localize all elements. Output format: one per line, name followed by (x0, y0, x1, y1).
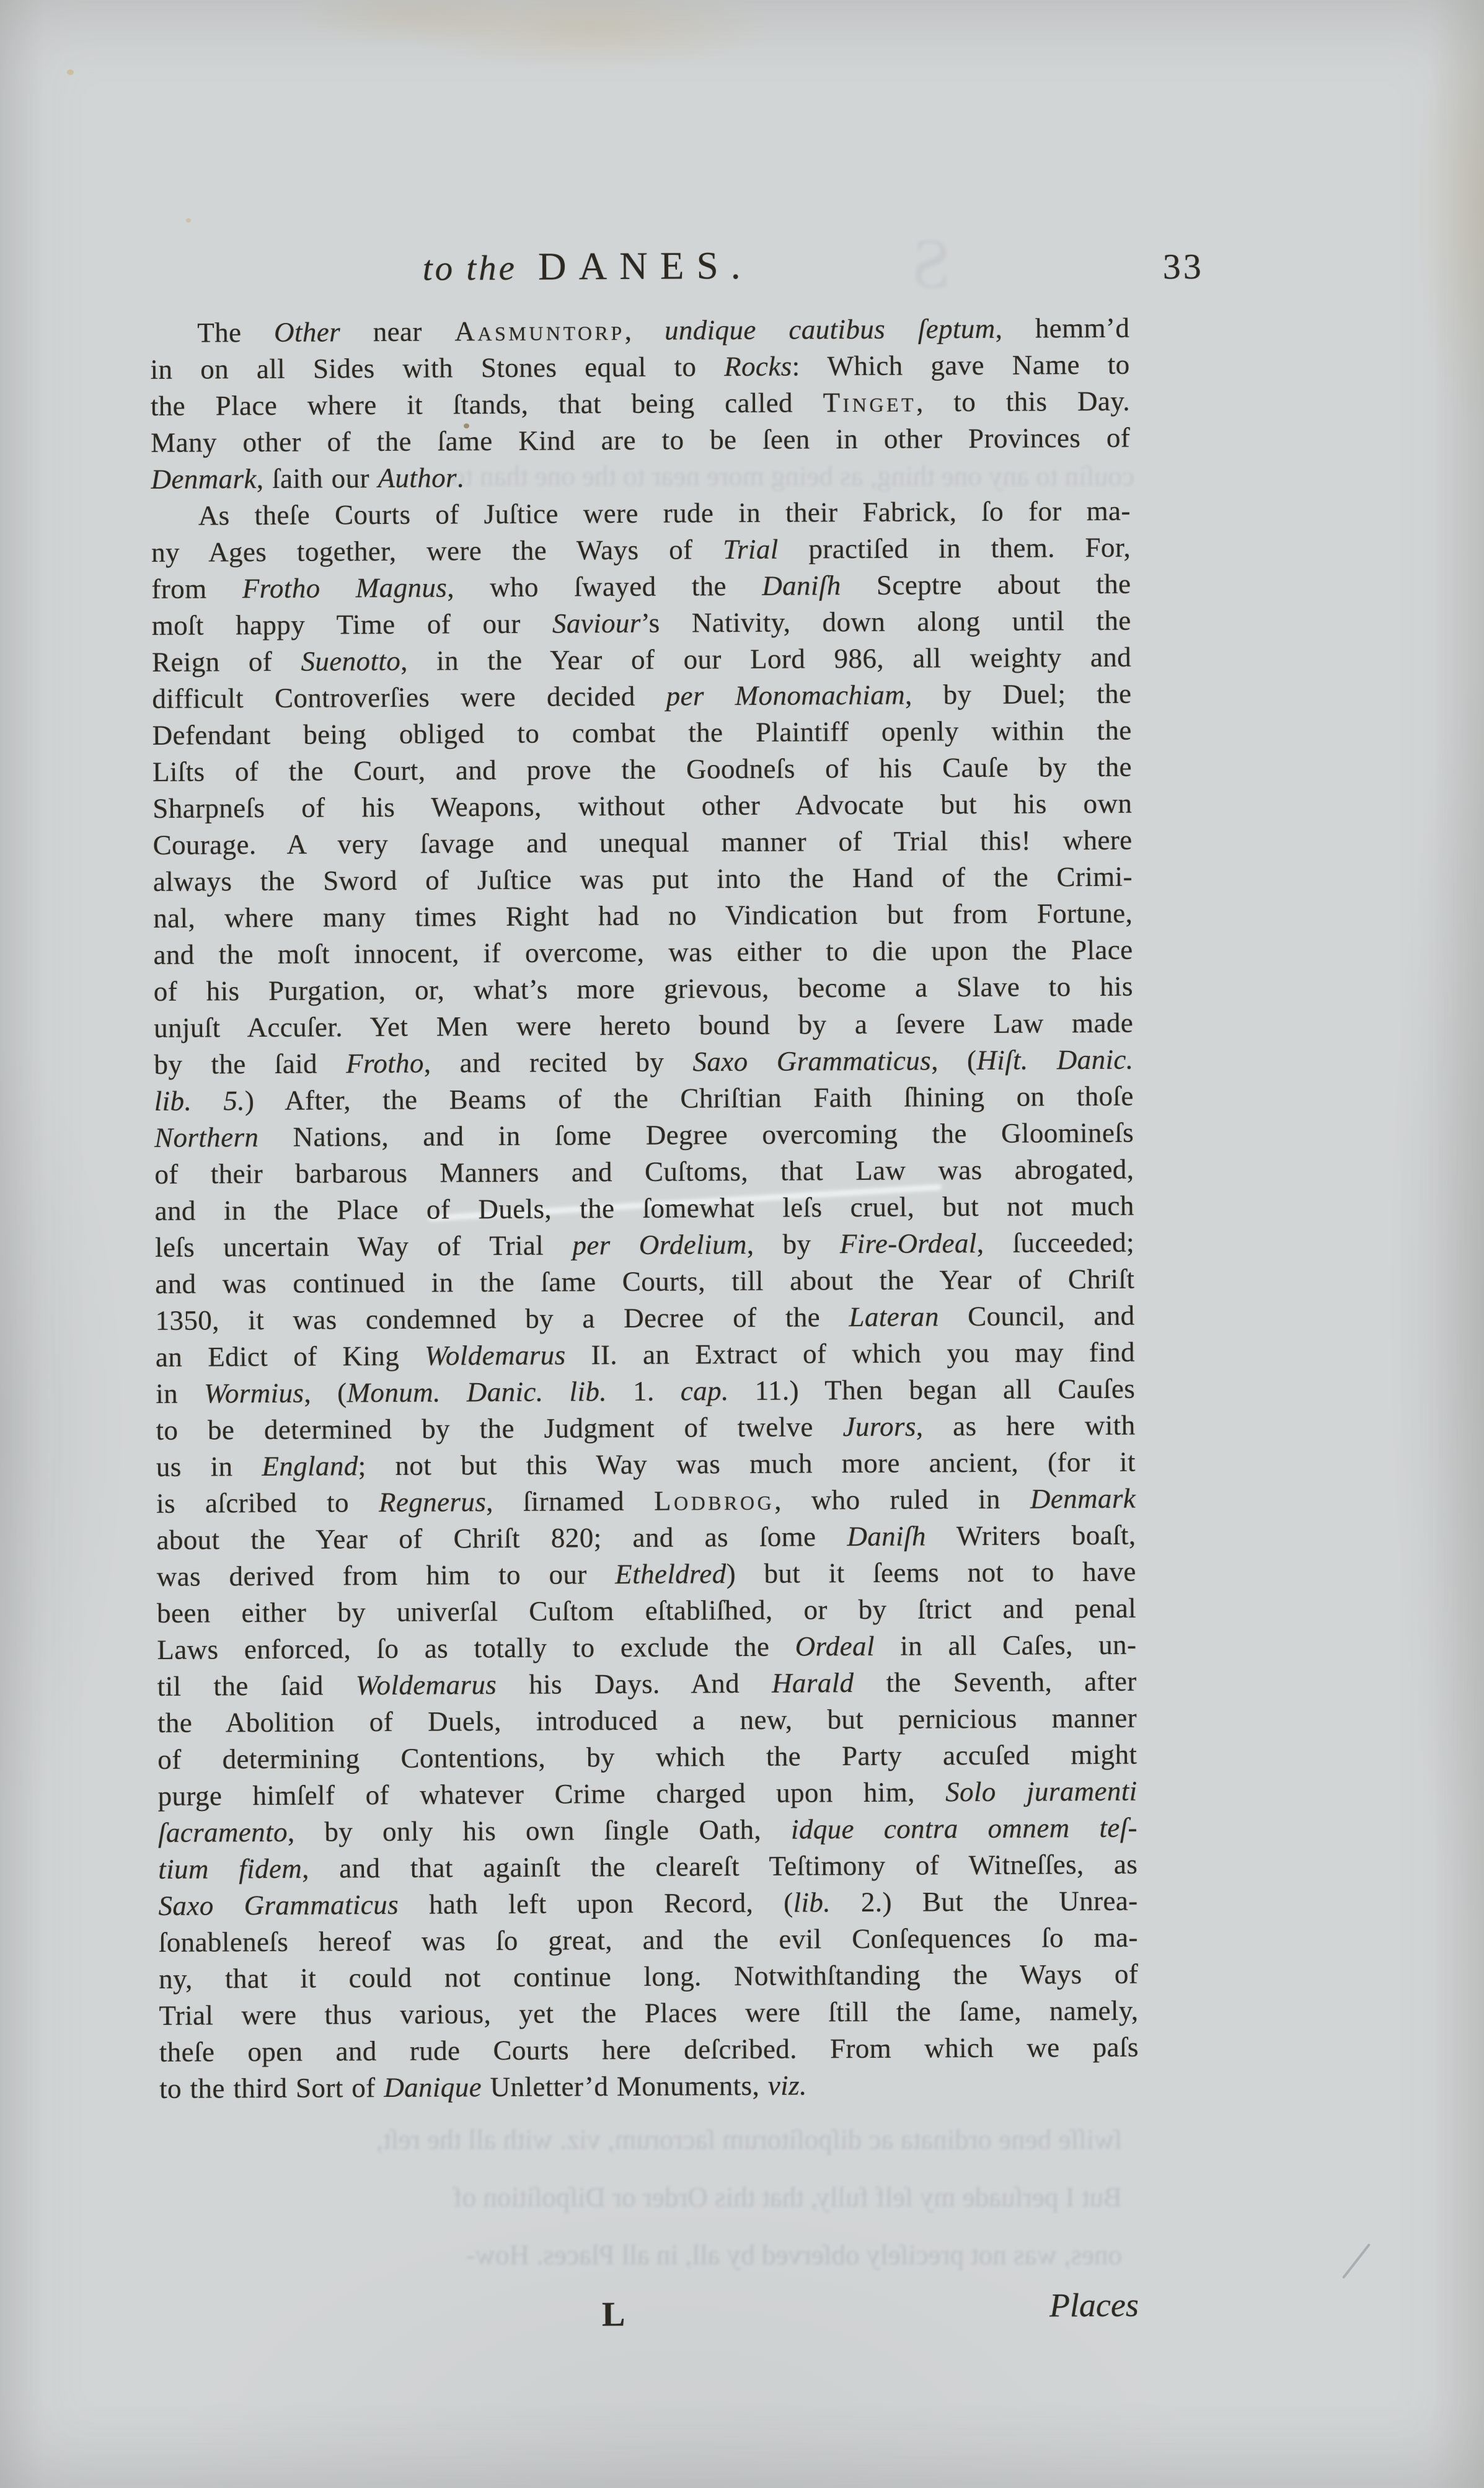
text-line: 1350, it was condemned by a Decree of th… (155, 1298, 1134, 1339)
text-line: Liſts of the Court, and prove the Goodne… (152, 749, 1132, 790)
text-line: Defendant being obliged to combat the Pl… (152, 712, 1132, 754)
text-line: purge himſelf of whatever Crime charged … (157, 1773, 1137, 1815)
text-line: Reign of Suenotto, in the Year of our Lo… (152, 639, 1131, 681)
text-line: about the Year of Chriſt 820; and as ſom… (156, 1517, 1136, 1559)
text-line: ny, that it could not continue long. Not… (159, 1956, 1138, 1998)
text-line: the Place where it ſtands, that being ca… (151, 383, 1130, 425)
text-line: always the Sword of Juſtice was put into… (153, 859, 1133, 900)
text-line: tium fidem, and that againſt the cleareſ… (158, 1846, 1137, 1888)
text-line: leſs uncertain Way of Trial per Ordelium… (155, 1224, 1134, 1266)
running-header-italic: to the (423, 249, 518, 288)
text-line: was derived from him to our Etheldred) b… (157, 1554, 1136, 1595)
text-line: Sharpneſs of his Weapons, without other … (152, 786, 1132, 827)
text-line: As theſe Courts of Juſtice were rude in … (151, 493, 1131, 534)
text-line: by the ſaid Frotho, and recited by Saxo … (154, 1042, 1133, 1083)
text-line: an Edict of King Woldemarus II. an Extra… (156, 1334, 1135, 1376)
text-line: ſonableneſs hereof was ſo great, and the… (159, 1919, 1138, 1961)
text-line: Saxo Grammaticus hath left upon Record, … (158, 1883, 1137, 1924)
text-line: and the moſt innocent, if overcome, was … (153, 932, 1133, 973)
text-line: and was continued in the ſame Courts, ti… (155, 1261, 1134, 1303)
text-line: Courage. A very ſavage and unequal manne… (152, 822, 1132, 864)
text-line: lib. 5.) After, the Beams of the Chriſti… (154, 1078, 1134, 1120)
text-line: unjuſt Accuſer. Yet Men were hereto boun… (154, 1005, 1133, 1047)
text-line: of their barbarous Manners and Cuſtoms, … (154, 1151, 1134, 1193)
text-line: to the third Sort of Danique Unletter’d … (159, 2066, 1139, 2107)
text-line: ny Ages together, were the Ways of Trial… (151, 529, 1131, 571)
text-line: us in England; not but this Way was much… (156, 1444, 1136, 1485)
text-line: ſacramento, by only his own ſingle Oath,… (158, 1810, 1137, 1851)
page-content: to theDANES. 33 The Other near Aasmuntor… (0, 0, 1484, 2488)
text-line: difficult Controverſies were decided per… (152, 676, 1131, 717)
signature-mark: L (602, 2295, 625, 2334)
text-line: The Other near Aasmuntorp, undique cauti… (150, 310, 1129, 352)
text-line: in on all Sides with Stones equal to Roc… (150, 347, 1129, 388)
text-line: to be determined by the Judgment of twel… (156, 1407, 1135, 1449)
running-header: to theDANES. (423, 243, 753, 290)
text-line: nal, where many times Right had no Vindi… (153, 895, 1133, 937)
text-line: Northern Nations, and in ſome Degree ove… (154, 1115, 1134, 1156)
scanned-book-page: { "document": { "colors": { "paper": "#d… (0, 0, 1484, 2488)
text-line: moſt happy Time of our Saviour’s Nativit… (152, 603, 1131, 644)
running-header-title: DANES. (538, 244, 753, 288)
text-line: been either by univerſal Cuſtom eſtabliſ… (157, 1590, 1136, 1632)
text-line: and in the Place of Duels, the ſomewhat … (155, 1188, 1134, 1229)
text-line: from Frotho Magnus, who ſwayed the Daniſ… (151, 566, 1131, 608)
text-block: The Other near Aasmuntorp, undique cauti… (150, 310, 1139, 2107)
text-line: Laws enforced, ſo as totally to exclude … (157, 1627, 1136, 1668)
page-number: 33 (1163, 246, 1204, 287)
text-line: theſe open and rude Courts here deſcribe… (159, 2029, 1139, 2071)
book-page: S couſin to any one thing, as being more… (0, 0, 1484, 2488)
text-line: Trial were thus various, yet the Places … (159, 1993, 1138, 2034)
text-line: in Wormius, (Monum. Danic. lib. 1. cap. … (156, 1371, 1135, 1412)
text-line: of his Purgation, or, what’s more grievo… (154, 968, 1133, 1010)
text-line: of determining Contentions, by which the… (157, 1737, 1137, 1778)
text-line: is aſcribed to Regnerus, ſirnamed Lodbro… (156, 1481, 1136, 1522)
catchword: Places (1049, 2286, 1139, 2325)
text-line: Many other of the ſame Kind are to be ſe… (151, 420, 1130, 461)
text-line: the Abolition of Duels, introduced a new… (157, 1700, 1137, 1742)
text-line: Denmark, ſaith our Author. (151, 456, 1130, 498)
text-line: til the ſaid Woldemarus his Days. And Ha… (157, 1663, 1137, 1705)
